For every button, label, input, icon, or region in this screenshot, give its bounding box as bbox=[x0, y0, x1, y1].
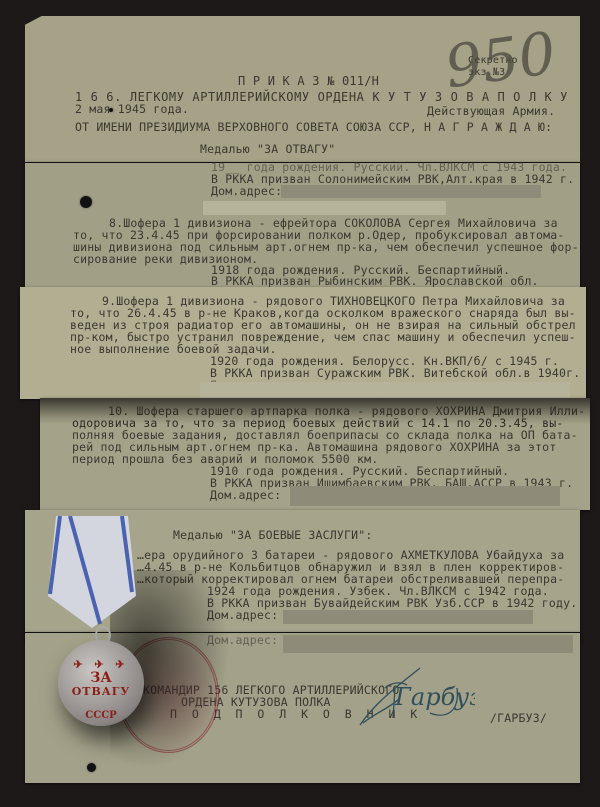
preamble: ОТ ИМЕНИ ПРЕЗИДИУМА ВЕРХОВНОГО СОВЕТА СО… bbox=[75, 120, 552, 134]
redacted-area bbox=[203, 201, 446, 215]
signer-name: /ГАРБУЗ/ bbox=[490, 711, 547, 725]
entry-10-strip: 10. Шофера старшего артпарка полка - ряд… bbox=[40, 398, 590, 510]
army-label: Действующая Армия. bbox=[427, 104, 555, 118]
redacted-address bbox=[281, 185, 541, 198]
medal-section-title: Медалью "ЗА ОТВАГУ" bbox=[200, 142, 335, 156]
medal-text-cccp: СССР bbox=[58, 710, 144, 721]
redacted-address bbox=[200, 382, 570, 398]
redacted-address bbox=[290, 486, 560, 506]
order-date: 2 мая 1945 года. bbox=[75, 102, 189, 116]
entry-7-address-label: Дом.адрес: bbox=[211, 184, 282, 198]
svg-text:Гарбуз: Гарбуз bbox=[394, 683, 475, 711]
entry-8-strip: 19__ года рождения. Русский. Чл.ВЛКСМ с … bbox=[25, 162, 580, 288]
medal-text-za: ЗА bbox=[58, 670, 144, 686]
handwritten-signature: Гарбуз bbox=[355, 663, 475, 737]
medal-for-courage: ✈ ✈ ✈ ЗА ОТВАГУ СССР bbox=[58, 640, 144, 726]
medal-text-otvagu: ОТВАГУ bbox=[58, 685, 144, 698]
entry-10-address-label: Дом.адрес: bbox=[210, 488, 281, 502]
redacted-address bbox=[283, 610, 533, 624]
header-strip: Секретно экз.№3 950 П Р И К А З № 011/Н … bbox=[25, 16, 580, 162]
punch-hole bbox=[87, 763, 96, 772]
medal-ribbon bbox=[48, 516, 136, 628]
redacted-address bbox=[283, 635, 573, 653]
combat-merit-title: Медалью "ЗА БОЕВЫЕ ЗАСЛУГИ": bbox=[173, 528, 372, 542]
punch-hole bbox=[80, 196, 92, 208]
order-title: П Р И К А З № 011/Н bbox=[238, 74, 379, 88]
entry-9-strip: 9.Шофера 1 дивизиона - рядового ТИХНОВЕЦ… bbox=[20, 287, 586, 399]
handwritten-number: 950 bbox=[441, 19, 560, 102]
